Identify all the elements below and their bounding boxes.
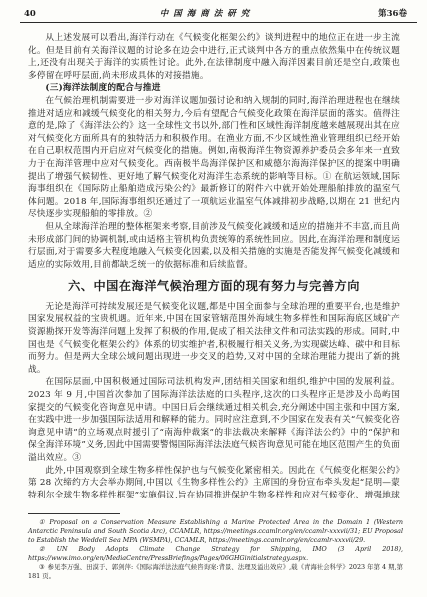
footnote-text: Proposal on a Conservation Measure Estab…: [28, 518, 403, 544]
document-page: 40 中国海商法研究 第36卷 从上述发展可以看出,海洋行动在《气候变化框架公约…: [0, 0, 427, 597]
volume-label: 第36卷: [378, 7, 407, 19]
footnote-3: ③参见李万强、田漠于、郭剑萍:《国际海洋法法庭气候咨询案:背景、法理及溢出效应》…: [28, 563, 403, 581]
paragraph: 从上述发展可以看出,海洋行动在《气候变化框架公约》谈判进程中的地位正在进一步主流…: [28, 32, 400, 82]
paragraph: 在国际层面,中国积极通过国际司法机构发声,团结相关国家和组织,维护中国的发展利益…: [28, 376, 400, 464]
section-heading: 六、中国在海洋气候治理方面的现有努力与完善方向: [28, 280, 400, 293]
footnote-2: ②UN Body Adopts Climate Change Strategy …: [28, 545, 403, 563]
footnote-marker: ①: [39, 518, 47, 526]
footnote-text: UN Body Adopts Climate Change Strategy f…: [28, 545, 403, 562]
page-number: 40: [24, 9, 36, 19]
footnotes: ①Proposal on a Conservation Measure Esta…: [28, 513, 403, 581]
subsection-heading: (三)海洋法制度的配合与推进: [28, 82, 400, 95]
paragraph: 此外,中国观察到全球生物多样性保护也与气候变化紧密相关。因此在《气候变化框架公约…: [28, 465, 400, 498]
paragraph: 无论是海洋可持续发展还是气候变化议题,都是中国全面参与全球治理的重要平台,也是维…: [28, 301, 400, 377]
running-head: 40 中国海商法研究 第36卷: [0, 0, 427, 22]
paragraph: 在气候治理机制需要进一步对海洋议题加强讨论和纳入规制的同时,海洋治理进程也在继续…: [28, 95, 400, 221]
footnote-marker: ③: [39, 563, 45, 571]
footnote-marker: ②: [39, 545, 54, 553]
footnote-1: ①Proposal on a Conservation Measure Esta…: [28, 518, 403, 545]
footnote-text: 参见李万强、田漠于、郭剑萍:《国际海洋法法庭气候咨询案:背景、法理及溢出效应》,…: [28, 563, 403, 580]
paragraph: 但从全球海洋治理的整体框架来考察,目前涉及气候变化减缓和适应的措施并不丰富,而且…: [28, 221, 400, 271]
journal-title: 中国海商法研究: [160, 7, 255, 19]
footnote-rule: [28, 513, 120, 514]
article-body: 从上述发展可以看出,海洋行动在《气候变化框架公约》谈判进程中的地位正在进一步主流…: [0, 23, 427, 498]
